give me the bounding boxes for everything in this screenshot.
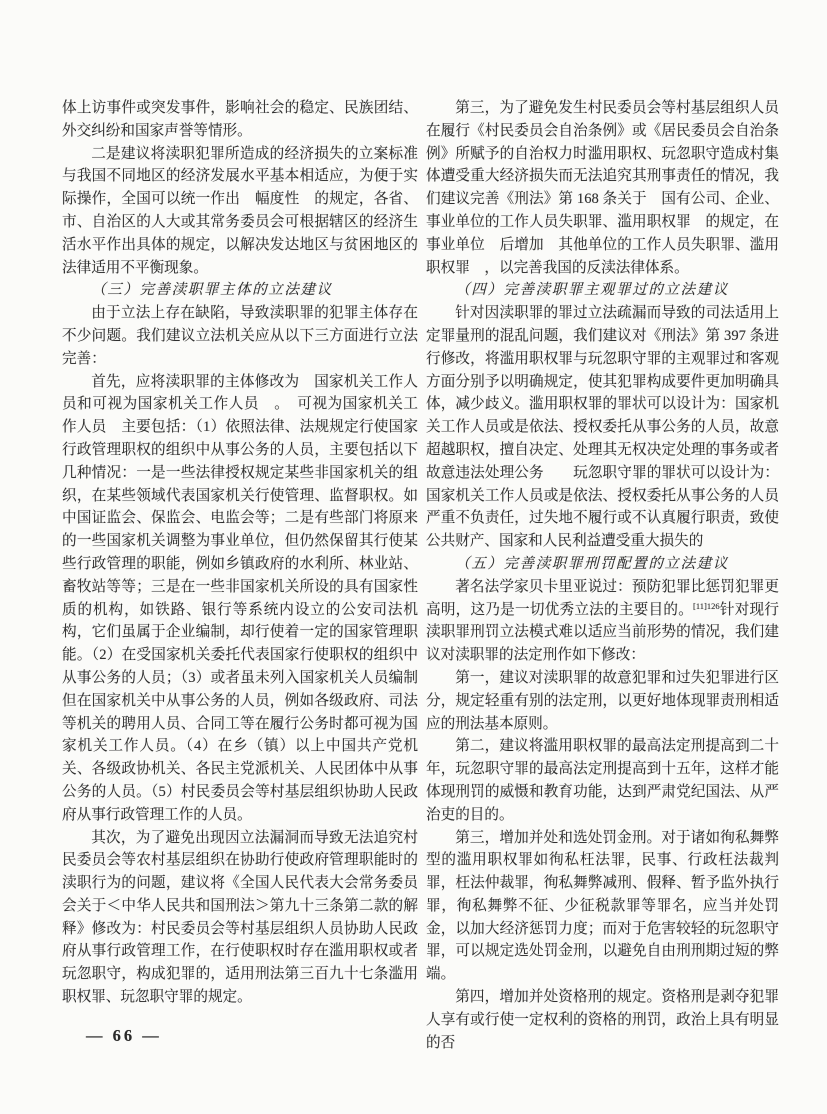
paragraph: 第三，增加并处和选处罚金刑。对于诸如徇私舞弊型的滥用职权罪如徇私枉法罪，民事、行…: [426, 827, 779, 987]
paragraph: 第四，增加并处资格刑的规定。资格刑是剥夺犯罪人享有或行使一定权利的资格的刑罚，政…: [426, 986, 779, 1054]
paragraph: 首先，应将渎职罪的主体修改为 国家机关工作人员和可视为国家机关工作人员 。 可视…: [62, 371, 418, 827]
paragraph: 针对因渎职罪的罪过立法疏漏而导致的司法适用上定罪量刑的混乱问题，我们建议对《刑法…: [426, 302, 779, 553]
paragraph: 第三，为了避免发生村民委员会等村基层组织人员在履行《村民委员会自治条例》或《居民…: [426, 97, 779, 279]
paragraph: 其次，为了避免出现因立法漏洞而导致无法追究村民委员会等农村基层组织在协助行使政府…: [62, 827, 418, 1009]
paragraph: 体上访事件或突发事件，影响社会的稳定、民族团结、外交纠纷和国家声誉等情形。: [62, 97, 418, 143]
paragraph: 由于立法上存在缺陷，导致渎职罪的犯罪主体存在不少问题。我们建议立法机关应从以下三…: [62, 302, 418, 370]
section-heading-3: （三）完善渎职罪主体的立法建议: [62, 279, 418, 302]
left-column: 体上访事件或突发事件，影响社会的稳定、民族团结、外交纠纷和国家声誉等情形。 二是…: [62, 97, 418, 1009]
citation-superscript: [11]126: [693, 601, 720, 611]
paragraph: 第一，建议对渎职罪的故意犯罪和过失犯罪进行区分，规定轻重有别的法定刑，以更好地体…: [426, 667, 779, 735]
paragraph: 二是建议将渎职犯罪所造成的经济损失的立案标准与我国不同地区的经济发展水平基本相适…: [62, 143, 418, 280]
paragraph-with-citation: 著名法学家贝卡里亚说过：预防犯罪比惩罚犯罪更高明，这乃是一切优秀立法的主要目的。…: [426, 576, 779, 667]
paragraph: 第二，建议将滥用职权罪的最高法定刑提高到二十年，玩忽职守罪的最高法定刑提高到十五…: [426, 735, 779, 826]
section-heading-5: （五）完善渎职罪刑罚配置的立法建议: [426, 553, 779, 576]
right-column: 第三，为了避免发生村民委员会等村基层组织人员在履行《村民委员会自治条例》或《居民…: [426, 97, 779, 1054]
section-heading-4: （四）完善渎职罪主观罪过的立法建议: [426, 279, 779, 302]
scanned-page: 体上访事件或突发事件，影响社会的稳定、民族团结、外交纠纷和国家声誉等情形。 二是…: [0, 0, 827, 1114]
page-number: — 66 —: [86, 1026, 162, 1046]
